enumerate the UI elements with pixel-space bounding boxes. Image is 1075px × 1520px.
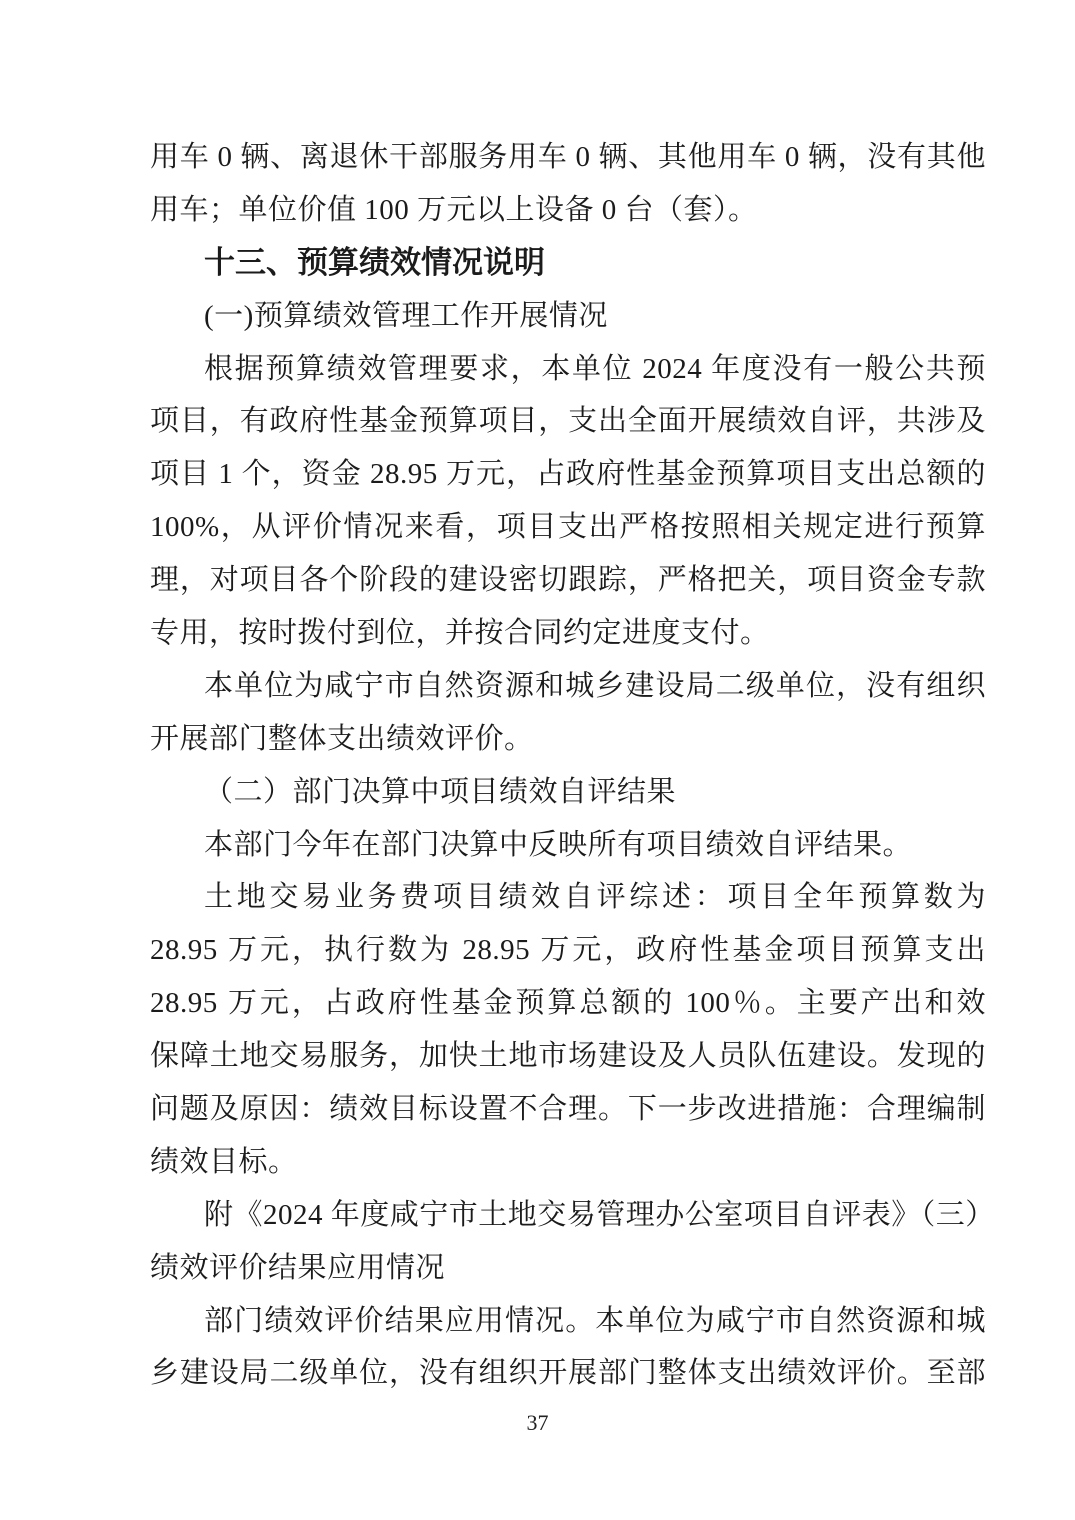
text-line: 本部门今年在部门决算中反映所有项目绩效自评结果。	[150, 819, 986, 872]
text-line: 问题及原因：绩效目标设置不合理。下一步改进措施：合理编制	[150, 1083, 986, 1136]
text-line: 绩效评价结果应用情况	[150, 1242, 986, 1295]
text-line: 项目 1 个，资金 28.95 万元，占政府性基金预算项目支出总额的	[150, 448, 986, 501]
text-line: 28.95 万元，执行数为 28.95 万元，政府性基金项目预算支出	[150, 924, 986, 977]
text-line: 根据预算绩效管理要求，本单位 2024 年度没有一般公共预算	[150, 343, 986, 396]
subsection-2-heading: （二）部门决算中项目绩效自评结果	[150, 766, 986, 819]
text-line: 专用，按时拨付到位，并按合同约定进度支付。	[150, 607, 986, 660]
text-line: 理，对项目各个阶段的建设密切跟踪，严格把关，项目资金专款	[150, 554, 986, 607]
subsection-1-heading: (一)预算绩效管理工作开展情况	[150, 290, 986, 343]
document-page: 用车 0 辆、离退休干部服务用车 0 辆、其他用车 0 辆，没有其他 用车；单位…	[0, 0, 1075, 1520]
text-line: 绩效目标。	[150, 1136, 986, 1189]
text-line: 项目，有政府性基金预算项目，支出全面开展绩效自评，共涉及	[150, 395, 986, 448]
text-line: 用车 0 辆、离退休干部服务用车 0 辆、其他用车 0 辆，没有其他	[150, 131, 986, 184]
text-line: 开展部门整体支出绩效评价。	[150, 713, 986, 766]
text-line: 本单位为咸宁市自然资源和城乡建设局二级单位，没有组织	[150, 660, 986, 713]
text-line: 土地交易业务费项目绩效自评综述：项目全年预算数为	[150, 871, 986, 924]
document-body: 用车 0 辆、离退休干部服务用车 0 辆、其他用车 0 辆，没有其他 用车；单位…	[150, 131, 986, 1400]
text-line: 部门绩效评价结果应用情况。本单位为咸宁市自然资源和城	[150, 1295, 986, 1348]
section-13-heading: 十三、预算绩效情况说明	[150, 237, 986, 290]
text-line: 100%，从评价情况来看，项目支出严格按照相关规定进行预算管	[150, 501, 986, 554]
text-line: 28.95 万元，占政府性基金预算总额的 100％。主要产出和效益：	[150, 977, 986, 1030]
text-line: 附《2024 年度咸宁市土地交易管理办公室项目自评表》（三）	[150, 1189, 986, 1242]
page-number: 37	[0, 1410, 1075, 1436]
text-line: 乡建设局二级单位，没有组织开展部门整体支出绩效评价。至部	[150, 1347, 986, 1400]
text-line: 保障土地交易服务，加快土地市场建设及人员队伍建设。发现的	[150, 1030, 986, 1083]
text-line: 用车；单位价值 100 万元以上设备 0 台（套）。	[150, 184, 986, 237]
